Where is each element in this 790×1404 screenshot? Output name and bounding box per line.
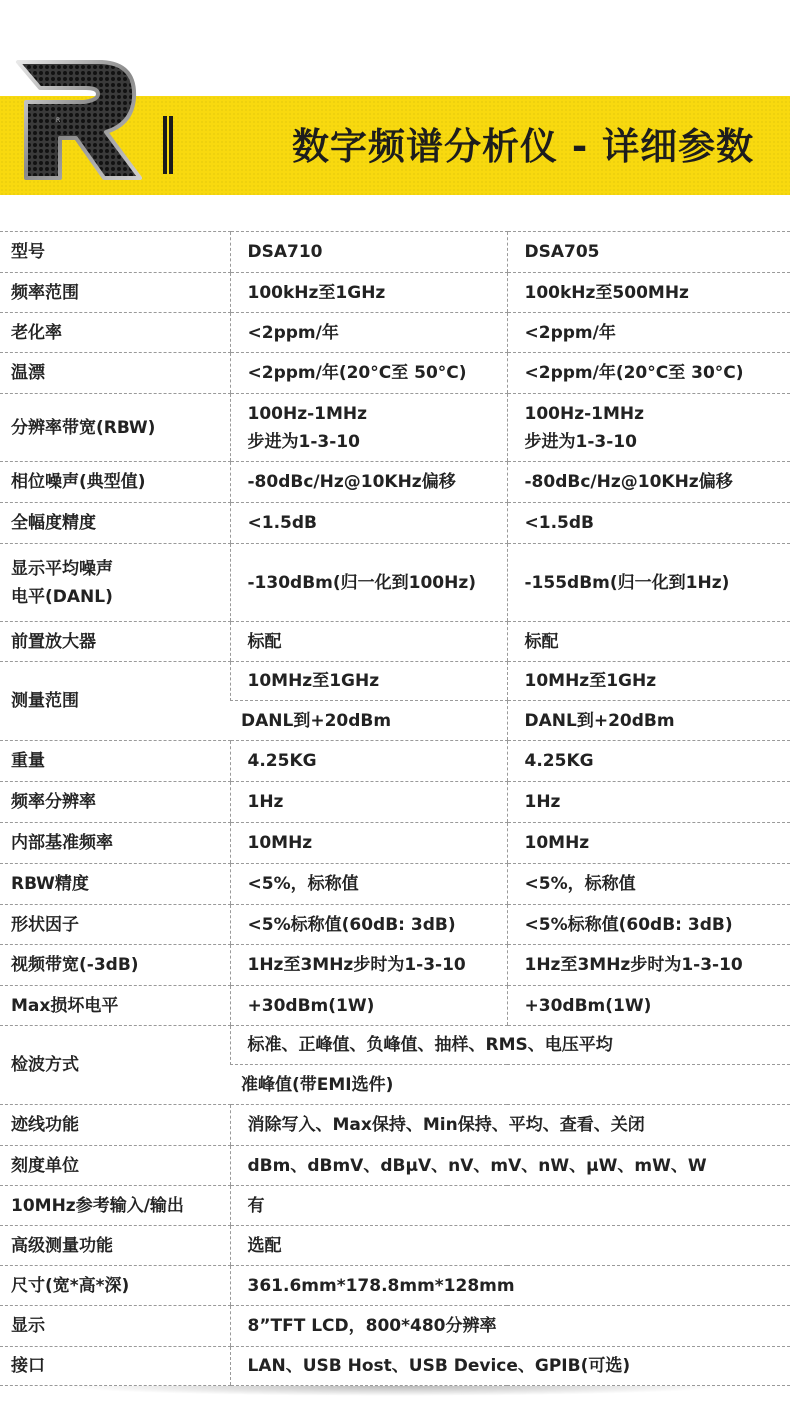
table-cell: 显示平均噪声 电平(DANL) bbox=[0, 544, 230, 622]
table-cell: 温漂 bbox=[0, 353, 230, 394]
table-cell: 准峰值(带EMI选件) bbox=[230, 1065, 790, 1105]
table-row: 10MHz参考输入/输出有 bbox=[0, 1186, 790, 1226]
table-cell: DSA710 bbox=[230, 232, 507, 273]
table-cell: +30dBm(1W) bbox=[230, 986, 507, 1026]
table-cell: <1.5dB bbox=[507, 503, 790, 544]
table-cell: 标配 bbox=[230, 622, 507, 662]
table-cell: 4.25KG bbox=[230, 741, 507, 782]
table-cell: <2ppm/年 bbox=[507, 313, 790, 353]
table-cell: 10MHz至1GHz bbox=[230, 662, 507, 701]
table-cell: DANL到+20dBm bbox=[507, 701, 790, 741]
table-cell: 迹线功能 bbox=[0, 1105, 230, 1146]
table-cell: <5%，标称值 bbox=[230, 864, 507, 905]
table-cell: 100kHz至1GHz bbox=[230, 273, 507, 313]
table-row: 前置放大器标配标配 bbox=[0, 622, 790, 662]
table-row: 内部基准频率10MHz10MHz bbox=[0, 823, 790, 864]
table-cell: 显示 bbox=[0, 1306, 230, 1347]
spec-table: 型号DSA710DSA705频率范围100kHz至1GHz100kHz至500M… bbox=[0, 231, 790, 1386]
table-cell: Max损坏电平 bbox=[0, 986, 230, 1026]
table-cell: -80dBc/Hz@10KHz偏移 bbox=[507, 462, 790, 503]
table-cell: <2ppm/年(20°C至 30°C) bbox=[507, 353, 790, 394]
table-cell: 检波方式 bbox=[0, 1026, 230, 1105]
table-cell: 接口 bbox=[0, 1347, 230, 1386]
table-row: 老化率<2ppm/年<2ppm/年 bbox=[0, 313, 790, 353]
table-row: 尺寸(宽*高*深)361.6mm*178.8mm*128mm bbox=[0, 1266, 790, 1306]
table-cell: 100Hz-1MHz 步进为1-3-10 bbox=[507, 394, 790, 462]
table-cell: dBm、dBmV、dBμV、nV、mV、nW、μW、mW、W bbox=[230, 1146, 790, 1186]
table-cell: <2ppm/年 bbox=[230, 313, 507, 353]
table-row: 刻度单位dBm、dBmV、dBμV、nV、mV、nW、μW、mW、W bbox=[0, 1146, 790, 1186]
table-cell: <5%，标称值 bbox=[507, 864, 790, 905]
table-cell: DSA705 bbox=[507, 232, 790, 273]
table-cell: <5%标称值(60dB: 3dB) bbox=[230, 905, 507, 945]
r-logo-icon: R bbox=[14, 58, 142, 182]
table-cell: 10MHz至1GHz bbox=[507, 662, 790, 701]
table-cell: 内部基准频率 bbox=[0, 823, 230, 864]
table-cell: -155dBm(归一化到1Hz) bbox=[507, 544, 790, 622]
table-cell: 有 bbox=[230, 1186, 790, 1226]
table-cell: 4.25KG bbox=[507, 741, 790, 782]
table-row: 温漂<2ppm/年(20°C至 50°C)<2ppm/年(20°C至 30°C) bbox=[0, 353, 790, 394]
table-cell: 全幅度精度 bbox=[0, 503, 230, 544]
table-cell: DANL到+20dBm bbox=[230, 701, 507, 741]
table-row: 重量4.25KG4.25KG bbox=[0, 741, 790, 782]
table-cell: 1Hz至3MHz步时为1-3-10 bbox=[230, 945, 507, 986]
table-cell: 高级测量功能 bbox=[0, 1226, 230, 1266]
table-cell: 老化率 bbox=[0, 313, 230, 353]
table-cell: <5%标称值(60dB: 3dB) bbox=[507, 905, 790, 945]
table-cell: 形状因子 bbox=[0, 905, 230, 945]
table-shadow bbox=[60, 1386, 730, 1396]
table-cell: 1Hz bbox=[230, 782, 507, 823]
table-row: 全幅度精度<1.5dB<1.5dB bbox=[0, 503, 790, 544]
table-row: 频率范围100kHz至1GHz100kHz至500MHz bbox=[0, 273, 790, 313]
table-row: 高级测量功能选配 bbox=[0, 1226, 790, 1266]
table-row: 迹线功能消除写入、Max保持、Min保持、平均、查看、关闭 bbox=[0, 1105, 790, 1146]
table-row: 检波方式标准、正峰值、负峰值、抽样、RMS、电压平均 bbox=[0, 1026, 790, 1065]
table-cell: -80dBc/Hz@10KHz偏移 bbox=[230, 462, 507, 503]
table-row: 形状因子<5%标称值(60dB: 3dB)<5%标称值(60dB: 3dB) bbox=[0, 905, 790, 945]
table-cell: 刻度单位 bbox=[0, 1146, 230, 1186]
table-cell: 1Hz bbox=[507, 782, 790, 823]
table-row: 频率分辨率1Hz1Hz bbox=[0, 782, 790, 823]
table-cell: RBW精度 bbox=[0, 864, 230, 905]
table-cell: 视频带宽(-3dB) bbox=[0, 945, 230, 986]
page-title: 数字频谱分析仪 - 详细参数 bbox=[292, 116, 754, 170]
table-cell: 前置放大器 bbox=[0, 622, 230, 662]
table-cell: 型号 bbox=[0, 232, 230, 273]
table-row: Max损坏电平+30dBm(1W)+30dBm(1W) bbox=[0, 986, 790, 1026]
table-cell: 测量范围 bbox=[0, 662, 230, 741]
table-cell: 1Hz至3MHz步时为1-3-10 bbox=[507, 945, 790, 986]
table-row: 分辨率带宽(RBW)100Hz-1MHz 步进为1-3-10100Hz-1MHz… bbox=[0, 394, 790, 462]
table-cell: 分辨率带宽(RBW) bbox=[0, 394, 230, 462]
table-row: 相位噪声(典型值)-80dBc/Hz@10KHz偏移-80dBc/Hz@10KH… bbox=[0, 462, 790, 503]
table-cell: 标配 bbox=[507, 622, 790, 662]
table-cell: 100Hz-1MHz 步进为1-3-10 bbox=[230, 394, 507, 462]
table-row: 型号DSA710DSA705 bbox=[0, 232, 790, 273]
table-cell: +30dBm(1W) bbox=[507, 986, 790, 1026]
divider-bars bbox=[163, 116, 173, 174]
svg-text:R: R bbox=[56, 117, 60, 124]
table-cell: 标准、正峰值、负峰值、抽样、RMS、电压平均 bbox=[230, 1026, 790, 1065]
table-cell: 频率分辨率 bbox=[0, 782, 230, 823]
table-cell: 选配 bbox=[230, 1226, 790, 1266]
table-cell: 尺寸(宽*高*深) bbox=[0, 1266, 230, 1306]
table-cell: 重量 bbox=[0, 741, 230, 782]
table-cell: 361.6mm*178.8mm*128mm bbox=[230, 1266, 790, 1306]
table-cell: <1.5dB bbox=[230, 503, 507, 544]
table-cell: -130dBm(归一化到100Hz) bbox=[230, 544, 507, 622]
table-cell: 10MHz bbox=[507, 823, 790, 864]
table-cell: 相位噪声(典型值) bbox=[0, 462, 230, 503]
table-cell: 100kHz至500MHz bbox=[507, 273, 790, 313]
table-cell: 10MHz参考输入/输出 bbox=[0, 1186, 230, 1226]
table-row: 视频带宽(-3dB)1Hz至3MHz步时为1-3-101Hz至3MHz步时为1-… bbox=[0, 945, 790, 986]
table-cell: 消除写入、Max保持、Min保持、平均、查看、关闭 bbox=[230, 1105, 790, 1146]
table-row: 显示8”TFT LCD，800*480分辨率 bbox=[0, 1306, 790, 1347]
table-row: 显示平均噪声 电平(DANL)-130dBm(归一化到100Hz)-155dBm… bbox=[0, 544, 790, 622]
table-row: RBW精度<5%，标称值<5%，标称值 bbox=[0, 864, 790, 905]
table-cell: <2ppm/年(20°C至 50°C) bbox=[230, 353, 507, 394]
table-cell: 8”TFT LCD，800*480分辨率 bbox=[230, 1306, 790, 1347]
table-cell: LAN、USB Host、USB Device、GPIB(可选) bbox=[230, 1347, 790, 1386]
table-cell: 10MHz bbox=[230, 823, 507, 864]
table-cell: 频率范围 bbox=[0, 273, 230, 313]
table-row: 测量范围10MHz至1GHz10MHz至1GHz bbox=[0, 662, 790, 701]
table-row: 接口LAN、USB Host、USB Device、GPIB(可选) bbox=[0, 1347, 790, 1386]
